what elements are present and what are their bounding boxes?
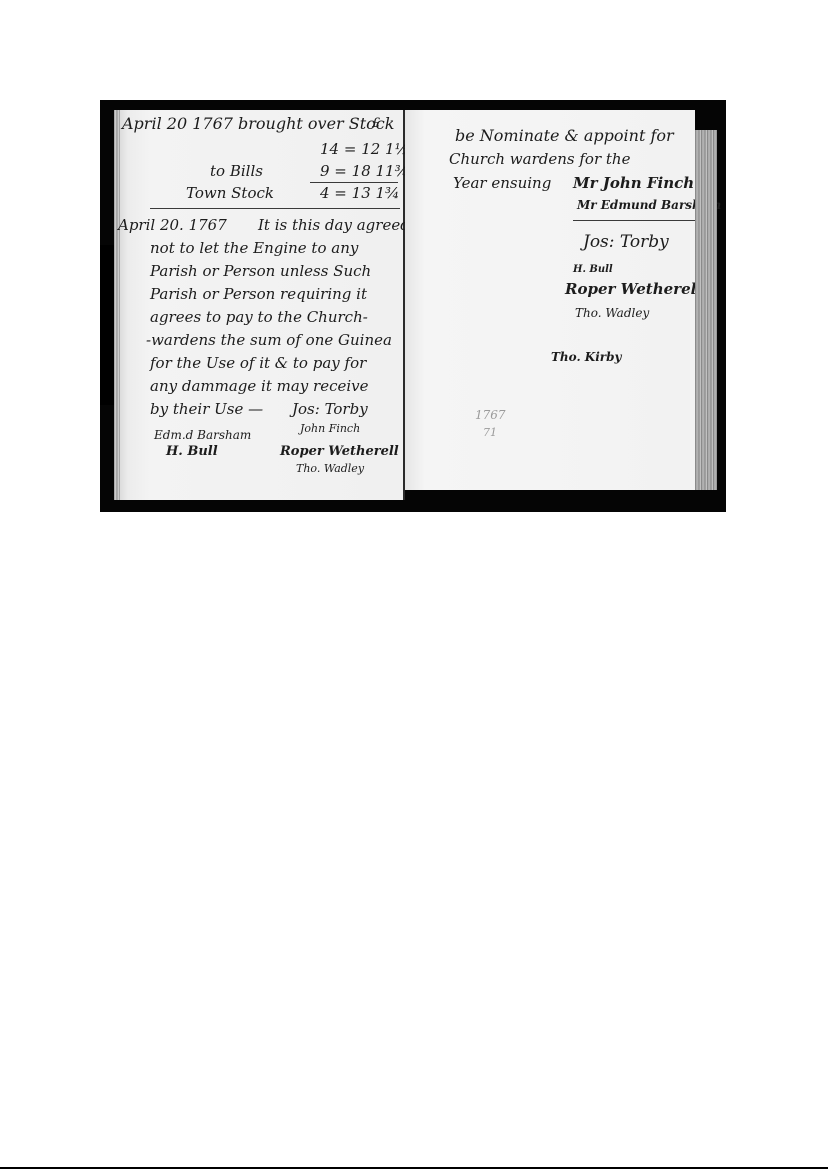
- signature: Roper Wetherell: [565, 280, 702, 298]
- entry-line: by their Use —: [150, 400, 263, 418]
- nominee-rule: [573, 220, 695, 221]
- currency-mark: £: [372, 116, 380, 131]
- manuscript-scan: April 20 1767 brought over Stock £ 14 = …: [100, 100, 726, 512]
- right-line: Church wardens for the: [449, 150, 630, 168]
- entry-line: agrees to pay to the Church-: [150, 308, 368, 326]
- right-page: be Nominate & appoint for Church wardens…: [405, 110, 695, 490]
- signature: Roper Wetherell: [280, 444, 399, 459]
- signature: Jos: Torby: [292, 400, 368, 418]
- page-bottom-rule: [0, 1167, 828, 1169]
- signature: Jos: Torby: [583, 232, 669, 252]
- right-line: Year ensuing: [453, 174, 551, 192]
- faint-note: 1767: [475, 408, 506, 422]
- entry-line: not to let the Engine to any: [150, 239, 358, 257]
- left-page: April 20 1767 brought over Stock £ 14 = …: [120, 110, 405, 500]
- header-line: April 20 1767 brought over Stock: [122, 114, 394, 133]
- signature: Tho. Wadley: [296, 462, 364, 475]
- entry-line: any dammage it may receive: [150, 377, 369, 395]
- signature: Tho. Wadley: [575, 306, 649, 320]
- entry-date: April 20. 1767: [118, 216, 227, 234]
- section-divider: [150, 208, 400, 209]
- entry-line: Parish or Person requiring it: [150, 285, 367, 303]
- amount-bills: 9 = 18 11¾: [320, 162, 409, 180]
- signature: Edm.d Barsham: [154, 428, 251, 442]
- amount-brought-over: 14 = 12 1½: [320, 140, 409, 158]
- signature: H. Bull: [166, 444, 218, 459]
- signature: Tho. Kirby: [551, 350, 621, 364]
- account-label-bills: to Bills: [210, 162, 263, 180]
- sum-rule: [310, 182, 398, 183]
- right-line: be Nominate & appoint for: [455, 126, 674, 145]
- nominee: Mr John Finch: [573, 174, 694, 192]
- faint-note: 71: [483, 426, 497, 439]
- entry-line: Parish or Person unless Such: [150, 262, 371, 280]
- entry-line: for the Use of it & to pay for: [150, 354, 366, 372]
- signature: John Finch: [300, 422, 360, 435]
- page-block-edge: [695, 130, 717, 490]
- signature: H. Bull: [573, 264, 613, 275]
- account-label-town-stock: Town Stock: [186, 184, 274, 202]
- entry-line: -wardens the sum of one Guinea: [146, 331, 392, 349]
- amount-town-stock: 4 = 13 1¾: [320, 184, 400, 202]
- entry-line: It is this day agreed: [258, 216, 410, 234]
